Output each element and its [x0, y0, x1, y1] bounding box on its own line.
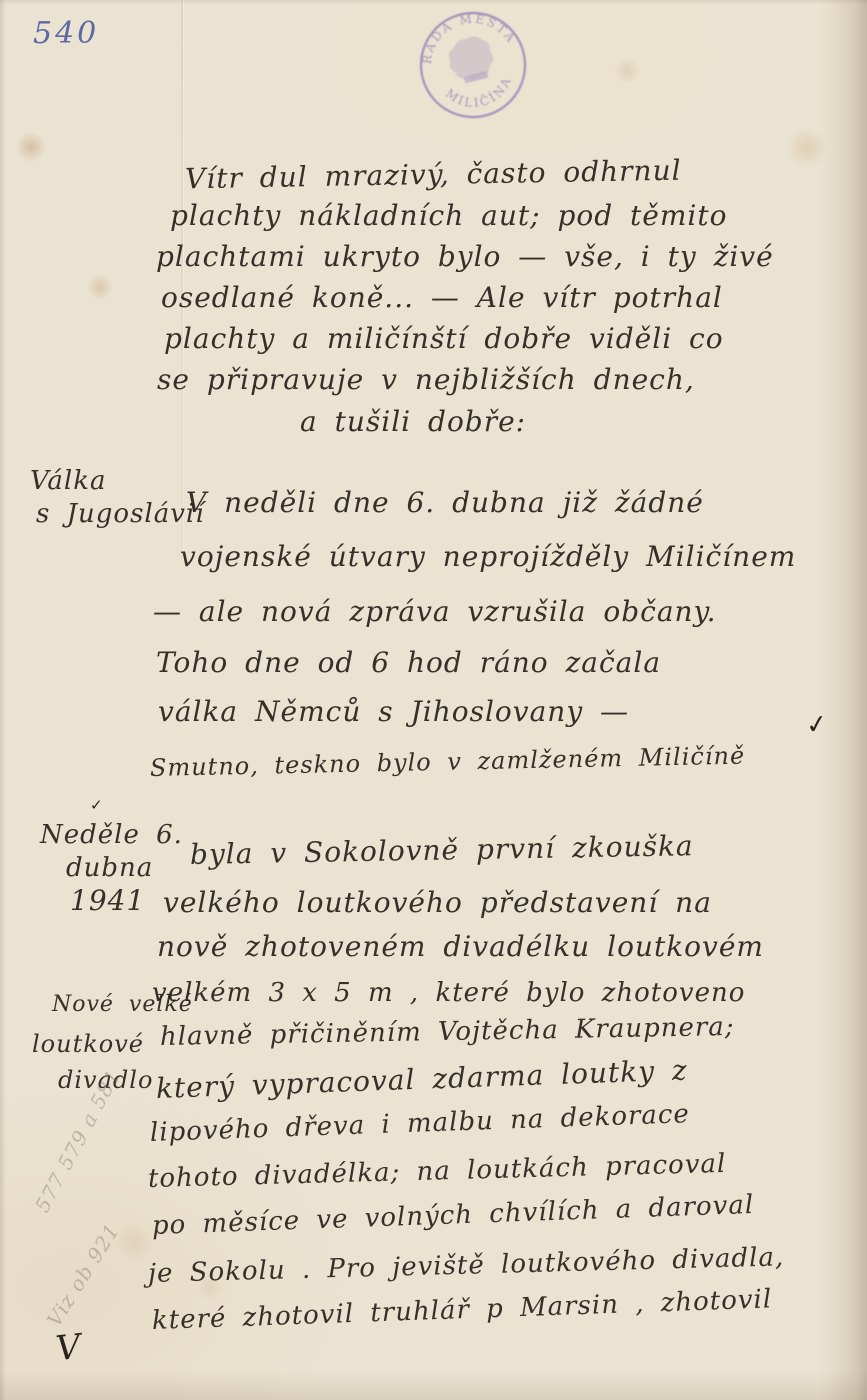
margin-line: 1941	[70, 884, 145, 917]
handwritten-line: je Sokolu . Pro jeviště loutkového divad…	[148, 1242, 785, 1289]
handwritten-line: plachty nákladních aut; pod těmito	[170, 199, 727, 232]
handwritten-line: hlavně přičiněním Vojtěcha Kraupnera;	[160, 1012, 735, 1052]
handwritten-line: nově zhotoveném divadélku loutkovém	[157, 930, 764, 963]
municipal-stamp: RADA MĚSTA MILIČÍNA	[386, 0, 560, 140]
handwritten-line: válka Němců s Jihoslovany —	[158, 695, 629, 728]
handwritten-line: Smutno, teskno bylo v zamlženém Miličíně	[150, 742, 746, 782]
page-number: 540	[33, 16, 99, 51]
handwritten-line: vojenské útvary neprojížděly Miličínem	[180, 540, 796, 573]
checkmark: V	[54, 1327, 83, 1369]
margin-line: loutkové	[32, 1030, 144, 1058]
handwritten-line: V neděli dne 6. dubna již žádné	[186, 486, 704, 519]
handwritten-line: Vítr dul mrazivý, často odhrnul	[185, 154, 682, 196]
handwritten-line: osedlané koně... — Ale vítr potrhal	[161, 281, 723, 314]
handwritten-line: po měsíce ve volných chvílích a daroval	[151, 1190, 754, 1241]
handwritten-line: a tušili dobře:	[300, 405, 526, 438]
checkmark: ✓	[804, 709, 830, 742]
checkmark: ✓	[90, 796, 103, 814]
handwritten-line: lipového dřeva i malbu na dekorace	[149, 1099, 690, 1148]
handwritten-line: velkého loutkového představení na	[163, 886, 712, 919]
handwritten-line: velkém 3 x 5 m , které bylo zhotoveno	[152, 978, 745, 1008]
foxing-spot	[784, 128, 830, 168]
handwritten-line: byla v Sokolovně první zkouška	[190, 829, 694, 871]
handwritten-line: který vypracoval zdarma loutky z	[155, 1053, 688, 1105]
foxing-spot	[14, 132, 48, 162]
foxing-spot	[612, 58, 642, 84]
margin-line: s Jugoslávií	[36, 499, 205, 529]
handwritten-line: plachtami ukryto bylo — vše, i ty živé	[156, 240, 774, 273]
pencil-annotation: Viz ob 921	[42, 1219, 124, 1331]
handwritten-line: — ale nová zpráva vzrušila občany.	[153, 595, 717, 628]
handwritten-line: tohoto divadélka; na loutkách pracoval	[148, 1149, 727, 1194]
handwritten-line: Toho dne od 6 hod ráno začala	[156, 646, 661, 679]
margin-line: Válka	[30, 466, 106, 496]
margin-line: dubna	[66, 853, 153, 883]
chronicle-page: 540 RADA MĚSTA MILIČÍNA Vítr dul mrazivý…	[0, 0, 867, 1400]
paper-fold-line	[181, 0, 183, 560]
handwritten-line: plachty a miličínští dobře viděli co	[164, 322, 724, 355]
stamp-emblem	[444, 33, 497, 86]
handwritten-line: které zhotovil truhlář p Marsin , zhotov…	[151, 1284, 772, 1336]
handwritten-line: se připravuje v nejbližších dnech,	[157, 363, 695, 396]
foxing-spot	[86, 274, 114, 300]
margin-line: Neděle 6.	[40, 820, 183, 850]
